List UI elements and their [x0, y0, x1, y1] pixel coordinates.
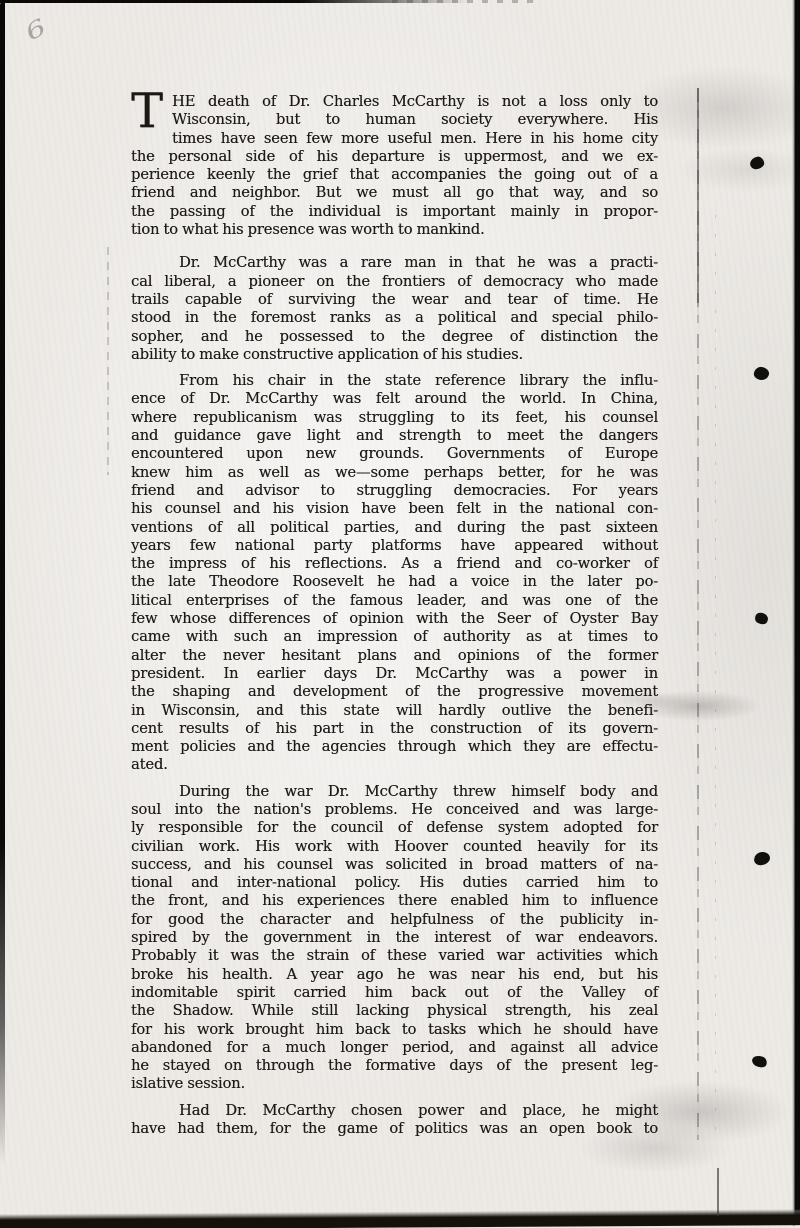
text-line: the shaping and development of the progr… [131, 683, 658, 701]
text-line: Had Dr. McCarthy chosen power and place,… [131, 1102, 658, 1120]
text-line: Wisconsin, but to human society everywhe… [131, 111, 658, 129]
text-line: times have seen few more useful men. Her… [131, 130, 658, 148]
paragraph: From his chair in the state reference li… [131, 372, 658, 775]
text-line: HE death of Dr. Charles McCarthy is not … [131, 93, 658, 111]
text-line: ly responsible for the council of defens… [131, 819, 658, 837]
text-line: friend and advisor to struggling democra… [131, 482, 658, 500]
text-line: and guidance gave light and strength to … [131, 427, 658, 445]
text-line: alter the never hesitant plans and opini… [131, 647, 658, 665]
ink-blot [751, 1054, 769, 1069]
scan-edge-bottom [0, 1209, 800, 1228]
text-line: Probably it was the strain of these vari… [131, 947, 658, 965]
text-line: few whose differences of opinion with th… [131, 610, 658, 628]
scan-edge-right [792, 0, 800, 1226]
text-line: ventions of all political parties, and d… [131, 519, 658, 537]
text-line: the front, and his experiences there ena… [131, 892, 658, 910]
paragraph: Had Dr. McCarthy chosen power and place,… [131, 1102, 658, 1139]
text-line: Dr. McCarthy was a rare man in that he w… [131, 254, 658, 272]
text-line: years few national party platforms have … [131, 537, 658, 555]
drop-cap-letter: T [131, 94, 170, 130]
text-line: cal liberal, a pioneer on the frontiers … [131, 273, 658, 291]
text-line: islative session. [131, 1075, 658, 1093]
text-line: trails capable of surviving the wear and… [131, 291, 658, 309]
column-rule-line-dark-segment [697, 88, 699, 303]
handwritten-page-number: 6 [21, 14, 51, 46]
text-line: indomitable spirit carried him back out … [131, 984, 658, 1002]
text-line: where republicanism was struggling to it… [131, 409, 658, 427]
text-line: soul into the nation's problems. He conc… [131, 801, 658, 819]
text-line: came with such an impression of authorit… [131, 628, 658, 646]
scan-edge-top [0, 0, 470, 3]
text-line: the impress of his reflections. As a fri… [131, 555, 658, 573]
scan-edge-top-dashes [392, 0, 542, 3]
text-line: civilian work. His work with Hoover coun… [131, 838, 658, 856]
text-line: his counsel and his vision have been fel… [131, 500, 658, 518]
text-line: for his work brought him back to tasks w… [131, 1021, 658, 1039]
faint-dotted-line-left [107, 247, 109, 475]
text-line: in Wisconsin, and this state will hardly… [131, 702, 658, 720]
text-line: spired by the government in the interest… [131, 929, 658, 947]
column-rule-line [697, 88, 699, 1140]
ink-blot [753, 851, 771, 866]
ink-blot [753, 366, 770, 381]
text-line: ability to make constructive application… [131, 346, 658, 364]
text-line: the personal side of his departure is up… [131, 148, 658, 166]
paragraph: Dr. McCarthy was a rare man in that he w… [131, 254, 658, 364]
paragraph: During the war Dr. McCarthy threw himsel… [131, 783, 658, 1094]
faint-dotted-line-right [715, 215, 716, 1135]
text-line: litical enterprises of the famous leader… [131, 592, 658, 610]
article: THE death of Dr. Charles McCarthy is not… [131, 93, 658, 1146]
text-line: president. In earlier days Dr. McCarthy … [131, 665, 658, 683]
text-line: encountered upon new grounds. Government… [131, 445, 658, 463]
text-line: ment policies and the agencies through w… [131, 738, 658, 756]
text-line: knew him as well as we—some perhaps bett… [131, 464, 658, 482]
text-line: cent results of his part in the construc… [131, 720, 658, 738]
text-line: he stayed on through the formative days … [131, 1057, 658, 1075]
text-line: friend and neighbor. But we must all go … [131, 184, 658, 202]
text-line: abandoned for a much longer period, and … [131, 1039, 658, 1057]
text-line: the late Theodore Roosevelt he had a voi… [131, 573, 658, 591]
text-line: the passing of the individual is importa… [131, 203, 658, 221]
text-line: perience keenly the grief that accompani… [131, 166, 658, 184]
text-line: for good the character and helpfulness o… [131, 911, 658, 929]
text-line: have had them, for the game of politics … [131, 1120, 658, 1138]
text-line: the Shadow. While still lacking physical… [131, 1002, 658, 1020]
ink-blot [753, 611, 769, 626]
text-line: tional and inter-national policy. His du… [131, 874, 658, 892]
bottom-tick-mark [717, 1168, 719, 1216]
text-line: broke his health. A year ago he was near… [131, 966, 658, 984]
text-line: sopher, and he possessed to the degree o… [131, 328, 658, 346]
text-line: tion to what his presence was worth to m… [131, 221, 658, 239]
text-line: ence of Dr. McCarthy was felt around the… [131, 390, 658, 408]
text-line: ated. [131, 756, 658, 774]
scanned-page: 6 THE death of Dr. Charles McCarthy is n… [0, 0, 800, 1228]
ink-blot [749, 155, 766, 170]
text-line: During the war Dr. McCarthy threw himsel… [131, 783, 658, 801]
text-line: From his chair in the state reference li… [131, 372, 658, 390]
text-line: success, and his counsel was solicited i… [131, 856, 658, 874]
scan-edge-left [0, 0, 5, 1165]
paragraph: THE death of Dr. Charles McCarthy is not… [131, 93, 658, 239]
text-line: stood in the foremost ranks as a politic… [131, 309, 658, 327]
